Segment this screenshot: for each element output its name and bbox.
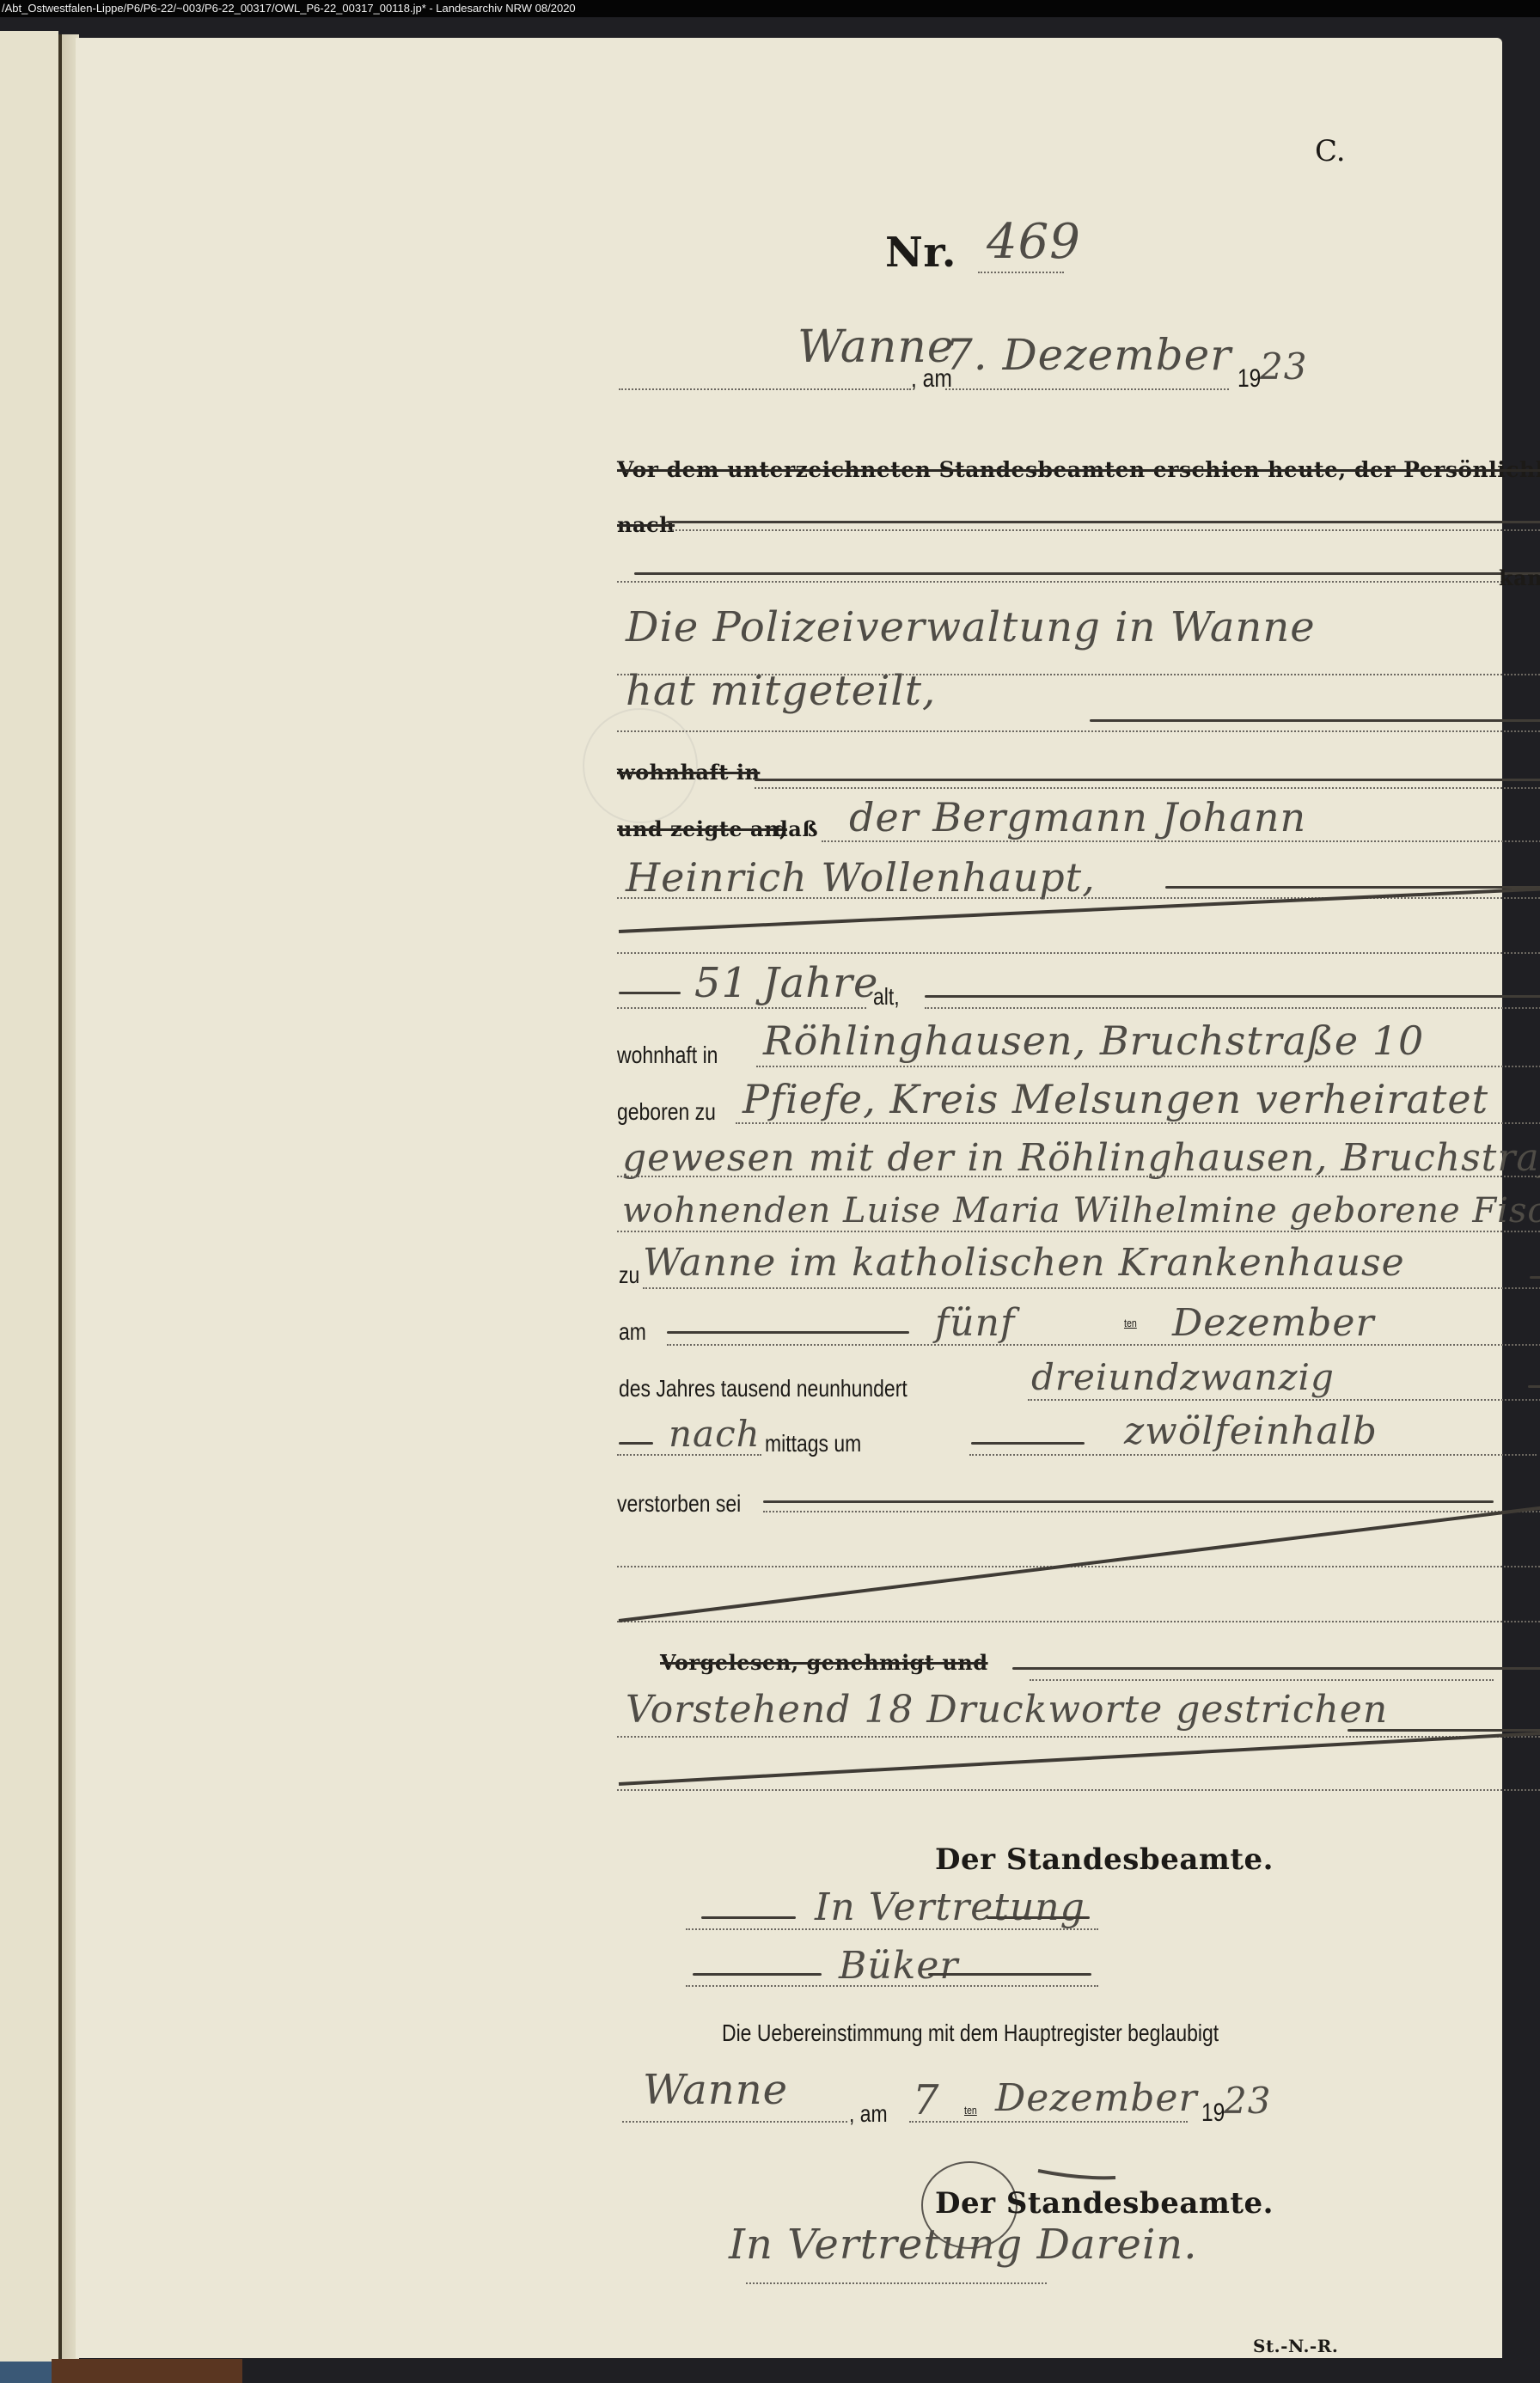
struck-zeigte-an: und zeigte an, (617, 816, 787, 841)
age-strike-line (925, 995, 1540, 998)
residence-value: Röhlinghausen, Bruchstraße 10 (763, 1017, 1424, 1064)
announce-dotline-1 (822, 840, 1540, 842)
deceased-line-1: der Bergmann Johann (849, 794, 1306, 840)
birth-dotline-1 (736, 1122, 1540, 1124)
death-ten-suffix: ten (1124, 1317, 1137, 1329)
death-month: Dezember (1172, 1301, 1375, 1345)
cert-year-suffix: 23 (1224, 2080, 1271, 2122)
strike-line-nach (669, 521, 1540, 523)
year-suffix: 23 (1260, 345, 1307, 388)
birth-line-1: Pfiefe, Kreis Melsungen verheiratet (742, 1076, 1488, 1122)
cert-place: Wanne (643, 2066, 788, 2114)
left-page-edge (0, 31, 58, 2362)
residence-dotline (755, 787, 1540, 789)
cert-day: 7 (913, 2076, 940, 2124)
residence-strike-line (755, 779, 1540, 781)
death-year-value: dreiundzwanzig (1031, 1356, 1335, 1398)
time-prefix-dotline (617, 1454, 761, 1456)
informant-line-2: hat mitgeteilt, (626, 667, 936, 715)
residence-label: wohnhaft in (617, 1042, 718, 1069)
time-dash-1 (619, 1442, 653, 1445)
sig1-dotline-1 (686, 1928, 1098, 1930)
approval-dotline-1 (1030, 1679, 1494, 1681)
number-dotline (978, 272, 1064, 273)
place-dotline (619, 388, 911, 390)
time-value: zwölfeinhalb (1124, 1409, 1378, 1453)
death-place-label: zu (619, 1262, 639, 1289)
sig2-dotline (746, 2282, 1047, 2284)
struck-approval-label: Vorgelesen, genehmigt und (660, 1650, 988, 1675)
cert-date-dotline (909, 2121, 1188, 2123)
form-code: St.-N.-R. (1253, 2336, 1338, 2356)
time-prefix: nach (669, 1413, 761, 1455)
death-place-dotline (643, 1287, 1540, 1289)
death-year-label: des Jahres tausend neunhundert (619, 1375, 907, 1402)
z-strike-stroke-1 (617, 883, 1540, 935)
registrar-sig-line-2: Büker (839, 1944, 958, 1988)
date-dotline (945, 388, 1229, 390)
registrar-title-2: Der Standesbeamte. (935, 2186, 1274, 2221)
mittags-label: mittags um (765, 1430, 861, 1457)
dass-label: daß (773, 816, 818, 841)
age-dash (619, 992, 681, 994)
death-date-label: am (619, 1318, 646, 1346)
record-number-label: Nr. (885, 229, 956, 277)
cert-month: Dezember (995, 2076, 1198, 2120)
death-day: fünf (935, 1301, 1015, 1345)
time-dash-2 (971, 1442, 1085, 1445)
sig1-dotline-2 (686, 1985, 1098, 1987)
kannt-label: kannt, (1499, 565, 1540, 590)
sig1-dash-left-2 (693, 1973, 822, 1976)
death-place-value: Wanne im katholischen Krankenhause (643, 1241, 1405, 1285)
informant-strike-line (1090, 719, 1540, 722)
struck-intro-line: Vor dem unterzeichneten Standesbeamten e… (617, 457, 1540, 482)
cert-am-label: , am (849, 2100, 888, 2128)
viewer-title-bar: /Abt_Ostwestfalen-Lippe/P6/P6-22/~003/P6… (0, 0, 1540, 17)
struck-residence-label: wohnhaft in (617, 760, 760, 785)
sig1-dash-left-1 (701, 1916, 796, 1919)
certification-text: Die Uebereinstimmung mit dem Hauptregist… (722, 2019, 1219, 2047)
register-page: C. Nr. 469 Wanne , am 7. Dezember 19 23 … (76, 38, 1502, 2358)
z-strike-stroke-3 (617, 1727, 1540, 1789)
birth-label: geboren zu (617, 1098, 716, 1126)
cert-year-prefix: 19 (1201, 2099, 1225, 2128)
record-number-value: 469 (987, 214, 1081, 270)
z-strike-stroke-2 (617, 1499, 1540, 1624)
approval-note: Vorstehend 18 Druckworte gestrichen (626, 1688, 1388, 1732)
death-year-dotline (1028, 1399, 1540, 1401)
sig1-dash-right-1 (987, 1916, 1090, 1919)
approval-dotline-3 (617, 1789, 1540, 1791)
birth-dotline-2 (617, 1176, 1540, 1177)
birth-line-3: wohnenden Luise Maria Wilhelmine geboren… (622, 1191, 1540, 1231)
birth-line-2: gewesen mit der in Röhlinghausen, Bruchs… (622, 1136, 1540, 1180)
binding-strip (52, 2359, 242, 2383)
age-label: alt, (873, 983, 900, 1011)
registrar-sig-2: In Vertretung Darein. (729, 2221, 1197, 2269)
age-value: 51 Jahre (694, 959, 878, 1007)
struck-nach-label: nach (617, 512, 675, 537)
corner-mark: C. (1315, 134, 1346, 168)
cert-place-dotline (622, 2121, 847, 2123)
date-handwritten: 7. Dezember (945, 330, 1231, 380)
registrar-sig-line-1: In Vertretung (815, 1885, 1085, 1929)
age-dotline (617, 1007, 866, 1009)
year-prefix: 19 (1237, 364, 1261, 394)
kannt-dotline (617, 581, 1502, 583)
death-date-dotline (667, 1344, 1540, 1346)
informant-dotline-2 (617, 730, 1540, 732)
death-year-dash (1528, 1385, 1540, 1388)
residence-value-dotline (756, 1066, 1540, 1067)
sig1-dash-right-2 (928, 1973, 1091, 1976)
informant-line-1: Die Polizeiverwaltung in Wanne (626, 603, 1316, 651)
cert-ten-suffix: ten (964, 2104, 977, 2117)
death-place-dash (1530, 1276, 1540, 1279)
approval-strike-line (1012, 1667, 1540, 1670)
death-date-dash (667, 1331, 909, 1334)
time-dotline (969, 1454, 1537, 1456)
nach-dotline (669, 529, 1540, 531)
birth-dotline-3 (617, 1231, 1540, 1232)
age-dotline-2 (925, 1007, 1540, 1009)
registrar-title-1: Der Standesbeamte. (935, 1842, 1274, 1877)
strike-line-kannt (634, 572, 1540, 575)
announce-dotline-3 (617, 952, 1540, 954)
